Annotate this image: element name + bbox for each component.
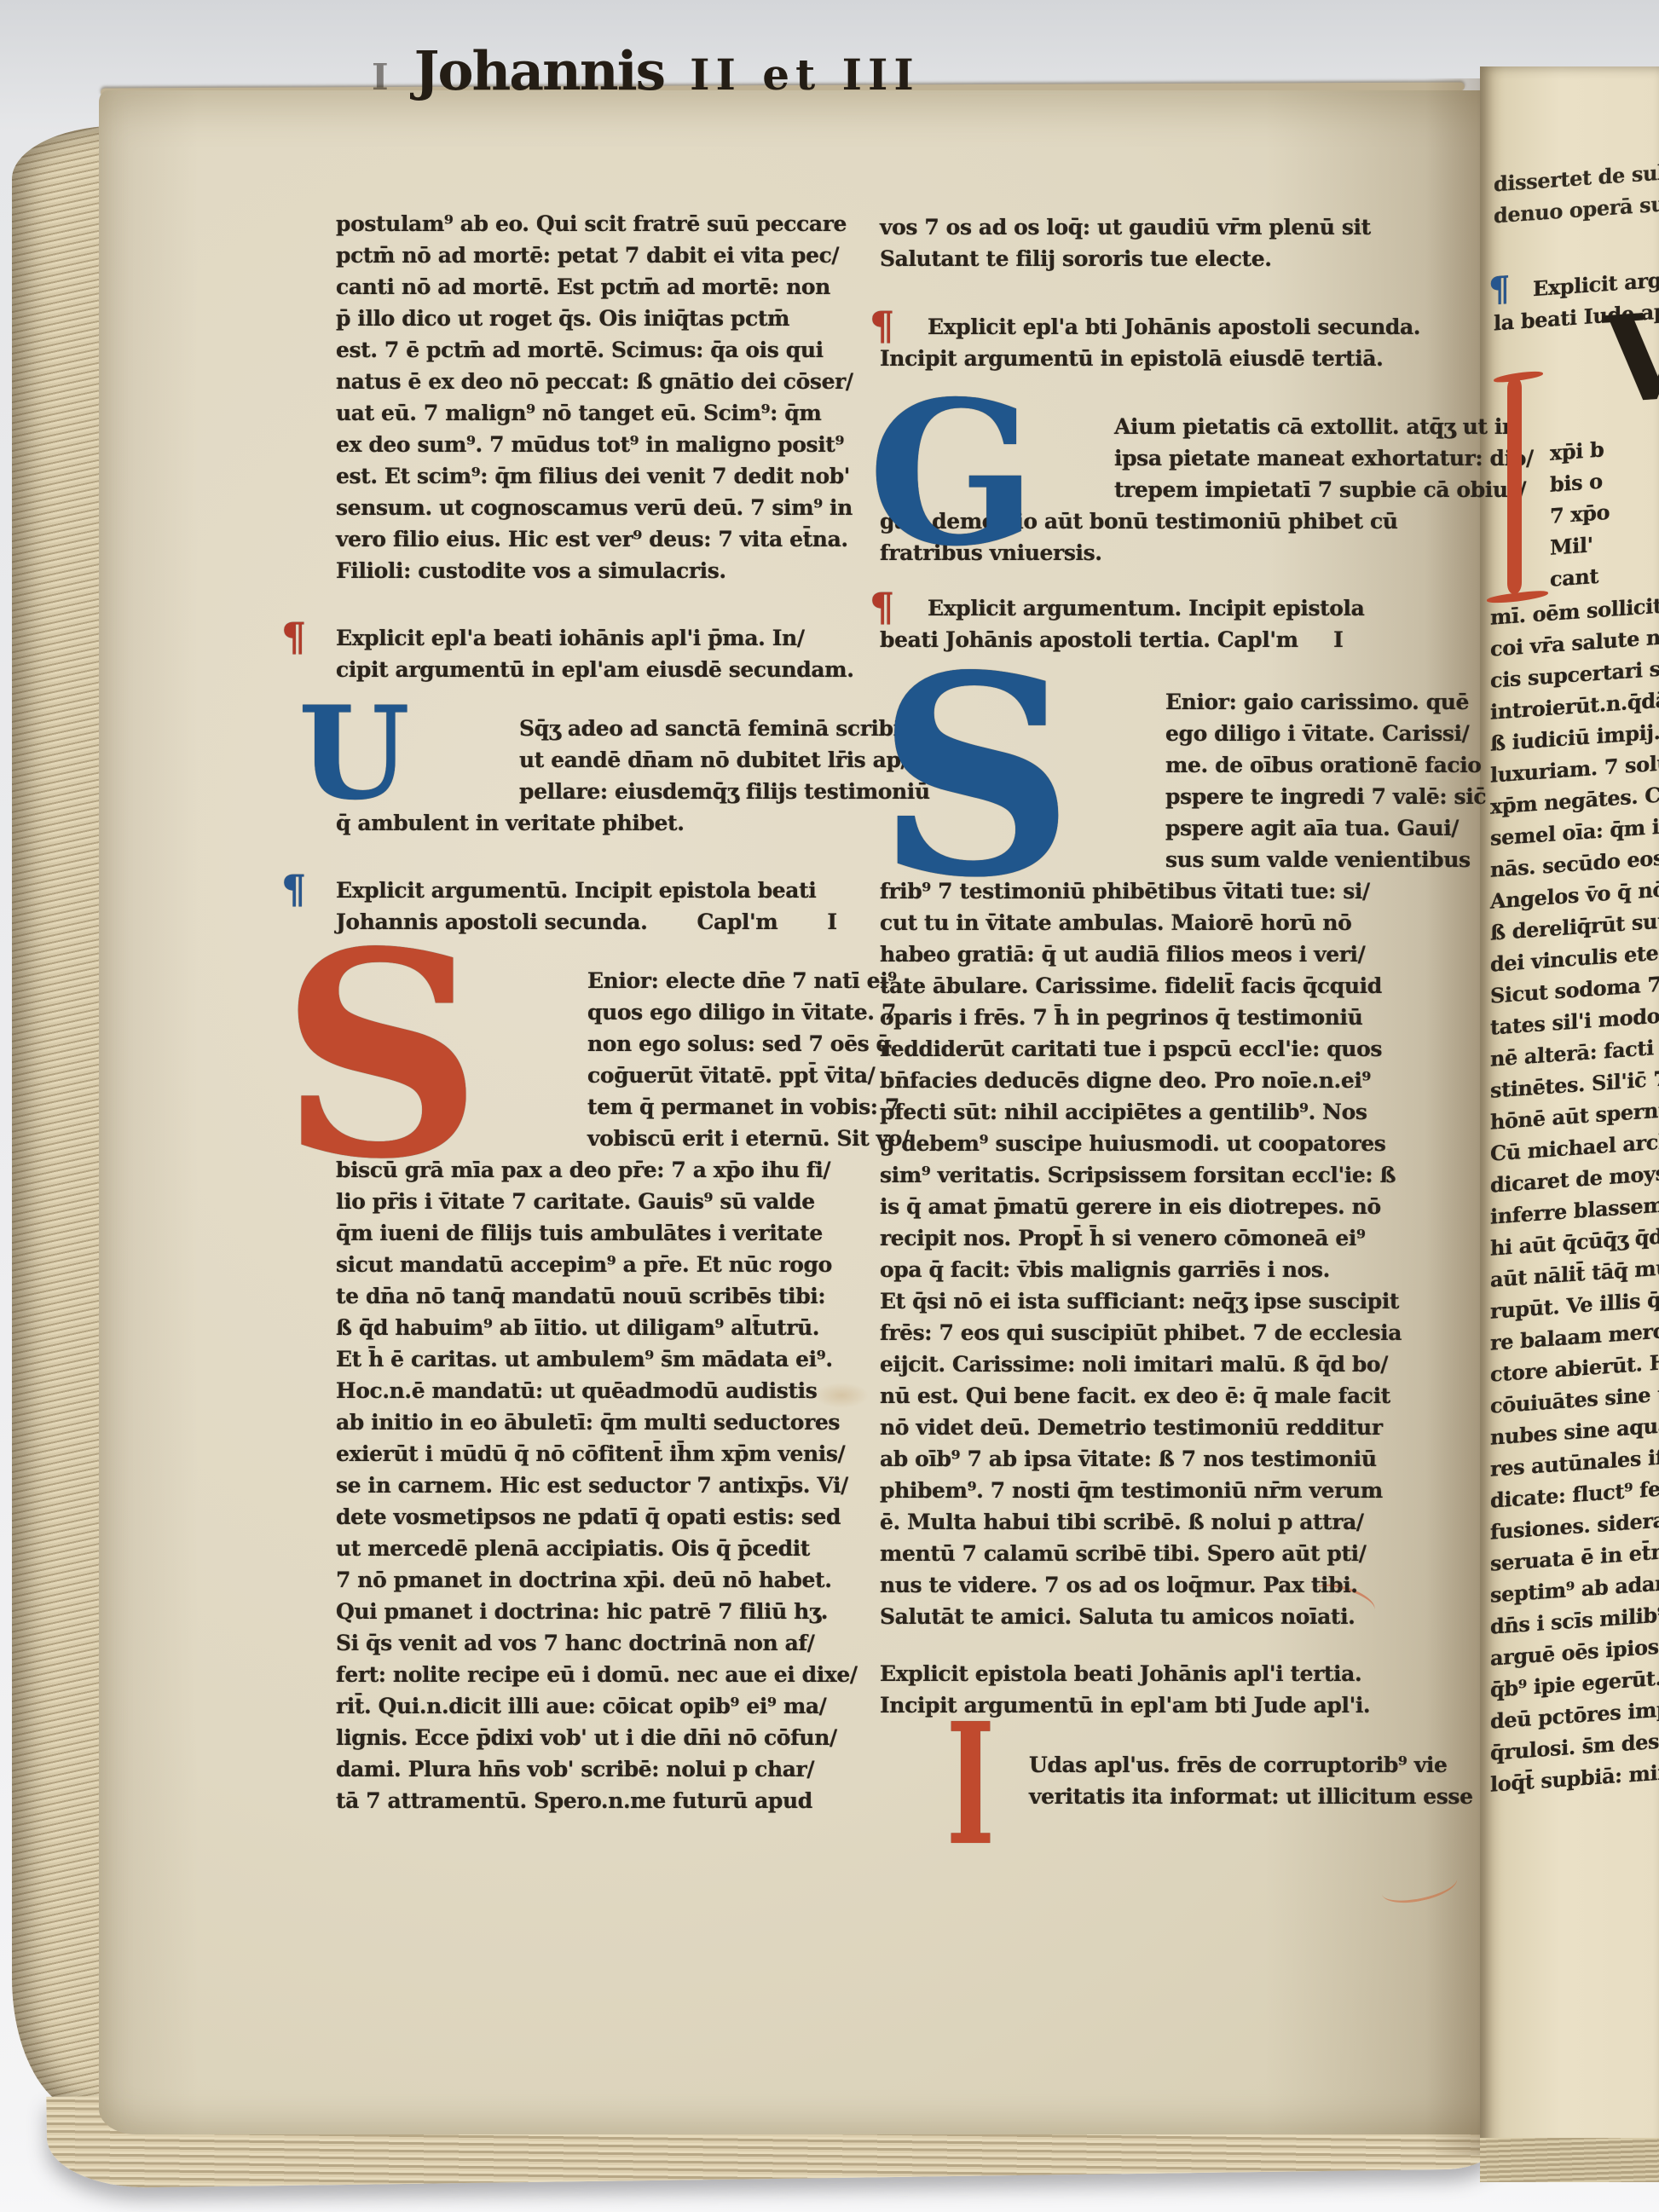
text-line: me. de oībus orationē facio [1165, 749, 1434, 781]
argument-3john: G Aium pietatis cā extollit. atq̄ʒ ut in… [880, 411, 1434, 569]
text-line: fert: nolite recipe eū i domū. nec aue e… [336, 1659, 871, 1690]
text-line: sim⁹ veritatis. Scripsissem forsitan ecc… [880, 1159, 1434, 1191]
text-line: cipit argumentū in epl'am eiusdē secunda… [336, 654, 871, 685]
drop-cap-i: I [946, 1713, 995, 1857]
text-line: sensum. ut cognoscamus verū deū. 7 sim⁹ … [336, 492, 871, 523]
argument-2john: U Sq̄ʒ adeo ad sanctā feminā scribit:ut … [336, 713, 871, 839]
text-line: Si q̄s venit ad vos 7 hanc doctrinā non … [336, 1627, 871, 1659]
text-line: Explicit epistola beati Johānis apl'i te… [880, 1658, 1434, 1689]
paragraph-mark-icon: ¶ [870, 308, 894, 344]
text-line: Explicit epl'a bti Johānis apostoli secu… [880, 311, 1434, 343]
indented-lines: Enior: electe dn̄e 7 natī ei⁹quos ego di… [587, 965, 871, 1154]
running-title-roman: II et III [690, 49, 920, 100]
text-line: ab oīb⁹ 7 ab ipsa v̄itate: ß 7 nos testi… [880, 1443, 1434, 1475]
epistle-2john: S Enior: electe dn̄e 7 natī ei⁹quos ego … [336, 965, 871, 1816]
text-line: ḡ debem⁹ suscipe huiusmodi. ut coopatore… [880, 1128, 1434, 1159]
initial-stem [1507, 377, 1522, 594]
text-line: bn̄facies deducēs digne deo. Pro noīe.n.… [880, 1065, 1434, 1096]
text-line: frēs: 7 eos qui suscipiūt phibet. 7 de e… [880, 1317, 1434, 1349]
full-lines: frib⁹ 7 testimoniū phibētibus v̄itati tu… [880, 875, 1434, 1632]
text-line: q̄ ambulent in veritate phibet. [336, 807, 871, 839]
text-line: Udas apl'us. frēs de corruptorib⁹ vie [1029, 1749, 1434, 1781]
text-line: recipit nos. Propt̄ h̄ si venero cōmoneā… [880, 1222, 1434, 1254]
text-line: pspere te ingredi 7 valē: sic̄ [1165, 781, 1434, 812]
text-line: habeo gratiā: q̄ ut audiā filios meos i … [880, 939, 1434, 970]
paragraph-2john-end: vos 7 os ad os loq̄: ut gaudiū vr̄m plen… [880, 211, 1434, 274]
text-line: trepem impietatī 7 supbie cā obiur/ [1114, 474, 1434, 505]
photo-of-incunabula-page: IJohannisII et III postulam⁹ ab eo. Qui … [0, 0, 1659, 2212]
text-line: is q̄ amat p̄matū gerere in eis diotrepe… [880, 1191, 1434, 1222]
large-blackletter-v: V [1603, 304, 1659, 413]
text-line: vobiscū erit i eternū. Sit vo/ [587, 1123, 871, 1154]
text-line: ē. Multa habui tibi scribē. ß nolui p at… [880, 1506, 1434, 1538]
text-line: canti nō ad mortē. Est pctm̄ ad mortē: n… [336, 271, 871, 303]
text-line: Et q̄si nō ei ista sufficiant: neq̄ʒ ips… [880, 1285, 1434, 1317]
text-line: q̄m iueni de filijs tuis ambulātes i ver… [336, 1217, 871, 1249]
text-line: est. Et scim⁹: q̄m filius dei venit 7 de… [336, 460, 871, 492]
text-line: ego diligo i v̄itate. Carissi/ [1165, 718, 1434, 749]
text-line: phibem⁹. 7 nosti q̄m testimoniū nr̄m ver… [880, 1475, 1434, 1506]
text-line: Enior: gaio carissimo. quē [1165, 686, 1434, 718]
text-line: Filioli: custodite vos a simulacris. [336, 555, 871, 586]
text-line: Explicit epl'a beati iohānis apl'i p̄ma.… [336, 622, 871, 654]
text-line: sicut mandatū accepim⁹ a pr̄e. Et nūc ro… [336, 1249, 871, 1280]
text-line: vero filio eius. Hic est ver⁹ deus: 7 vi… [336, 523, 871, 555]
text-line: veritatis ita informat: ut illicitum ess… [1029, 1781, 1434, 1812]
full-lines: biscū grā mīa pax a deo pr̄e: 7 a xp̄o i… [336, 1154, 871, 1816]
rubric-explicit-1john: ¶ Explicit epl'a beati iohānis apl'i p̄m… [336, 622, 871, 685]
next-page-text-fragment: dissertet de sub iugodenuo operā suā off… [1487, 95, 1659, 1916]
drop-cap-u: U [298, 706, 409, 801]
faint-ink-mark: I [372, 56, 389, 98]
text-line: 7 nō pmanet in doctrina xp̄i. deū nō hab… [336, 1564, 871, 1596]
text-line: xp̄i b [1550, 433, 1610, 469]
text-line: bis o [1550, 465, 1610, 500]
drop-cap-g: G [868, 399, 1037, 549]
text-line: nū est. Qui bene facit. ex deo ē: q̄ mal… [880, 1380, 1434, 1412]
text-line: eijcit. Carissime: noli imitari malū. ß … [880, 1349, 1434, 1380]
text-line: Salutāt te amici. Saluta tu amicos noīat… [880, 1601, 1434, 1632]
fragment-top-lines: dissertet de sub iugodenuo operā suā off… [1494, 152, 1659, 231]
text-line: est. 7 ē pctm̄ ad mortē. Scimus: q̄a ois… [336, 334, 871, 366]
text-line: quos ego diligo in v̄itate. 7 [587, 996, 871, 1028]
text-line: nō videt deū. Demetrio testimoniū reddit… [880, 1412, 1434, 1443]
text-line: tā 7 attramentū. Spero.n.me futurū apud [336, 1785, 871, 1816]
fragment-body-lines: mī. oēm sollicitudinēcoi vr̄a salute ncc… [1490, 584, 1659, 1800]
running-title: IJohannisII et III [372, 39, 920, 106]
drop-cap-s: S [876, 671, 1074, 882]
text-line: Sq̄ʒ adeo ad sanctā feminā scribit: [519, 713, 871, 744]
text-line: Et h̄ ē caritas. ut ambulem⁹ s̄m mādata … [336, 1343, 871, 1375]
text-line: coḡuerūt v̄itatē. ppt̄ v̄ita/ [587, 1060, 871, 1091]
rubric-lines: Explicit epl'a beati iohānis apl'i p̄ma.… [336, 622, 871, 685]
next-page-edge [1480, 2138, 1659, 2182]
text-line: se in carnem. Hic est seductor 7 antixp̄… [336, 1470, 871, 1501]
text-line: non ego solus: sed 7 oēs q̄ [587, 1028, 871, 1060]
text-line: opa q̄ facit: v̄bis malignis garriēs i n… [880, 1254, 1434, 1285]
full-lines: q̄ ambulent in veritate phibet. [336, 807, 871, 839]
text-line: natus ē ex deo nō peccat: ß gnātio dei c… [336, 366, 871, 397]
paragraph-mark-icon: ¶ [1488, 273, 1510, 307]
drop-cap-s: S [280, 948, 483, 1163]
epistle-3john: S Enior: gaio carissimo. quēego diligo i… [880, 686, 1434, 1632]
text-line: sus sum valde venientibus [1165, 844, 1434, 875]
text-line: reddiderūt caritati tue i pspcū eccl'ie:… [880, 1033, 1434, 1065]
indented-lines: Sq̄ʒ adeo ad sanctā feminā scribit:ut ea… [519, 713, 871, 807]
text-line: oparis i frēs. 7 h̄ in pegrinos q̄ testi… [880, 1002, 1434, 1033]
text-line: ex deo sum⁹. 7 mūdus tot⁹ in maligno pos… [336, 429, 871, 460]
indented-lines: Enior: gaio carissimo. quēego diligo i v… [1165, 686, 1434, 875]
text-line: ab initio in eo ābuletī: q̄m multi seduc… [336, 1406, 871, 1438]
text-line: ipsa pietate maneat exhortatur: dio/ [1114, 442, 1434, 474]
argument-jude-start: I Udas apl'us. frēs de corruptorib⁹ viev… [880, 1749, 1434, 1812]
text-line: 7 xp̄o [1550, 496, 1610, 532]
text-line: te dn̄a nō tanq̄ mandatū nouū scribēs ti… [336, 1280, 871, 1312]
fragment-short-lines: xp̄i bbis o7 xp̄oMil'cant [1550, 433, 1610, 595]
text-line: Qui pmanet i doctrina: hic patrē 7 filiū… [336, 1596, 871, 1627]
text-line: Enior: electe dn̄e 7 natī ei⁹ [587, 965, 871, 996]
text-line: pfecti sūt: nihil accipiētes a gentilib⁹… [880, 1096, 1434, 1128]
text-line: pspere agit aīa tua. Gaui/ [1165, 812, 1434, 844]
text-line: tate ābulare. Carissime. fidelit̄ facis … [880, 970, 1434, 1002]
text-line: rit̄. Qui.n.dicit illi aue: cōicat opib⁹… [336, 1690, 871, 1722]
text-line: nus te videre. 7 os ad os loq̄mur. Pax t… [880, 1569, 1434, 1601]
text-line: postulam⁹ ab eo. Qui scit fratrē suū pec… [336, 208, 871, 240]
text-line: Salutant te filij sororis tue electe. [880, 243, 1434, 274]
text-column-right: vos 7 os ad os loq̄: ut gaudiū vr̄m plen… [880, 205, 1434, 1909]
indented-lines: Udas apl'us. frēs de corruptorib⁹ viever… [1029, 1749, 1434, 1812]
text-line: ß q̄d habuim⁹ ab īitio. ut diligam⁹ alt̄… [336, 1312, 871, 1343]
running-title-blackletter: Johannis [414, 39, 664, 102]
text-line: pellare: eiusdemq̄ʒ filijs testimoniū [519, 776, 871, 807]
text-line: pctm̄ nō ad mortē: petat 7 dabit ei vita… [336, 240, 871, 271]
text-line: dami. Plura hn̄s vob' scribē: nolui p ch… [336, 1753, 871, 1785]
text-line: dete vosmetipsos ne pdatī q̄ opati estis… [336, 1501, 871, 1533]
text-line: Hoc.n.ē mandatū: ut quēadmodū audistis [336, 1375, 871, 1406]
text-line: ut mercedē plenā accipiatis. Ois q̄ p̄ce… [336, 1533, 871, 1564]
text-line: lignis. Ecce p̄dixi vob' ut i die dn̄i n… [336, 1722, 871, 1753]
paragraph-mark-icon: ¶ [281, 619, 306, 655]
text-line: cant [1550, 559, 1610, 595]
text-line: Aium pietatis cā extollit. atq̄ʒ ut in [1114, 411, 1434, 442]
text-line: mentū 7 calamū scribē tibi. Spero aūt pt… [880, 1538, 1434, 1569]
text-line: uat eū. 7 malign⁹ nō tanget eū. Scim⁹: q… [336, 397, 871, 429]
text-line: ut eandē dn̄am nō dubitet lr̄is ap/ [519, 744, 871, 776]
text-line: exierūt i mūdū q̄ nō cōfitent̄ ih̄m xp̄m… [336, 1438, 871, 1470]
red-initial-i-bar [1494, 371, 1545, 603]
text-line: vos 7 os ad os loq̄: ut gaudiū vr̄m plen… [880, 211, 1434, 243]
text-line: p̄ illo dico ut roget q̄s. Ois iniq̄tas … [336, 303, 871, 334]
text-column-left: postulam⁹ ab eo. Qui scit fratrē suū pec… [336, 208, 871, 1879]
text-line: Mil' [1550, 528, 1610, 563]
indented-lines: Aium pietatis cā extollit. atq̄ʒ ut inip… [1114, 411, 1434, 505]
paragraph-1john5-end: postulam⁹ ab eo. Qui scit fratrē suū pec… [336, 208, 871, 586]
text-line: tem q̄ permanet in vobis: 7 [587, 1091, 871, 1123]
